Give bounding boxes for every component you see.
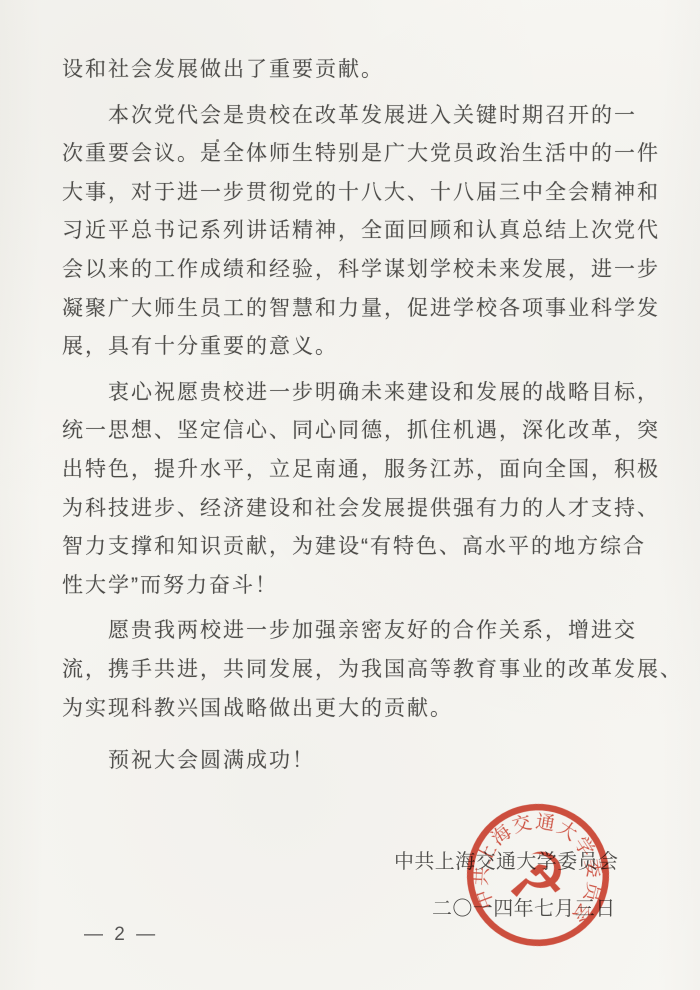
letter-line: 为实现科教兴国战略做出更大的贡献。 (62, 690, 647, 729)
official-red-seal: 中共上海交通大学委员会 ☭ (448, 785, 629, 966)
scanned-letter-page: 设和社会发展做出了重要贡献。本次党代会是贵校在改革发展进入关键时期召开的一次重要… (0, 0, 700, 990)
letter-line: 出特色，提升水平，立足南通，服务江苏，面向全国，积极 (62, 451, 647, 490)
letter-line: 统一思想、坚定信心、同心同德，抓住机遇，深化改革，突 (62, 412, 647, 451)
scan-speckle (216, 139, 219, 142)
letter-paragraph: 设和社会发展做出了重要贡献。 (62, 51, 647, 90)
letter-paragraph: 本次党代会是贵校在改革发展进入关键时期召开的一次重要会议。是全体师生特别是广大党… (62, 97, 647, 367)
letter-line: 展，具有十分重要的意义。 (62, 328, 647, 367)
letter-line: 衷心祝愿贵校进一步明确未来建设和发展的战略目标， (62, 374, 647, 413)
hammer-sickle-icon: ☭ (502, 834, 573, 920)
page-number: — 2 — (84, 924, 158, 946)
letter-line: 大事，对于进一步贯彻党的十八大、十八届三中全会精神和 (62, 174, 647, 213)
letter-line: 本次党代会是贵校在改革发展进入关键时期召开的一 (62, 97, 647, 136)
letter-line: 流，携手共进，共同发展，为我国高等教育事业的改革发展、 (62, 651, 647, 690)
letter-paragraph: 预祝大会圆满成功！ (62, 742, 647, 781)
letter-paragraph: 愿贵我两校进一步加强亲密友好的合作关系，增进交流，携手共进，共同发展，为我国高等… (62, 612, 647, 728)
letter-line: 为科技进步、经济建设和社会发展提供强有力的人才支持、 (62, 490, 647, 529)
letter-line: 性大学”而努力奋斗！ (62, 567, 647, 606)
letter-line: 凝聚广大师生员工的智慧和力量，促进学校各项事业科学发 (62, 290, 647, 329)
letter-line: 愿贵我两校进一步加强亲密友好的合作关系，增进交 (62, 612, 647, 651)
letter-line: 预祝大会圆满成功！ (62, 742, 647, 781)
letter-line: 次重要会议。是全体师生特别是广大党员政治生活中的一件 (62, 135, 647, 174)
letter-body: 设和社会发展做出了重要贡献。本次党代会是贵校在改革发展进入关键时期召开的一次重要… (62, 51, 647, 781)
letter-line: 智力支撑和知识贡献，为建设“有特色、高水平的地方综合 (62, 528, 647, 567)
letter-line: 设和社会发展做出了重要贡献。 (62, 51, 647, 90)
letter-paragraph: 衷心祝愿贵校进一步明确未来建设和发展的战略目标，统一思想、坚定信心、同心同德，抓… (62, 374, 647, 606)
letter-line: 会以来的工作成绩和经验，科学谋划学校未来发展，进一步 (62, 251, 647, 290)
letter-line: 习近平总书记系列讲话精神，全面回顾和认真总结上次党代 (62, 212, 647, 251)
